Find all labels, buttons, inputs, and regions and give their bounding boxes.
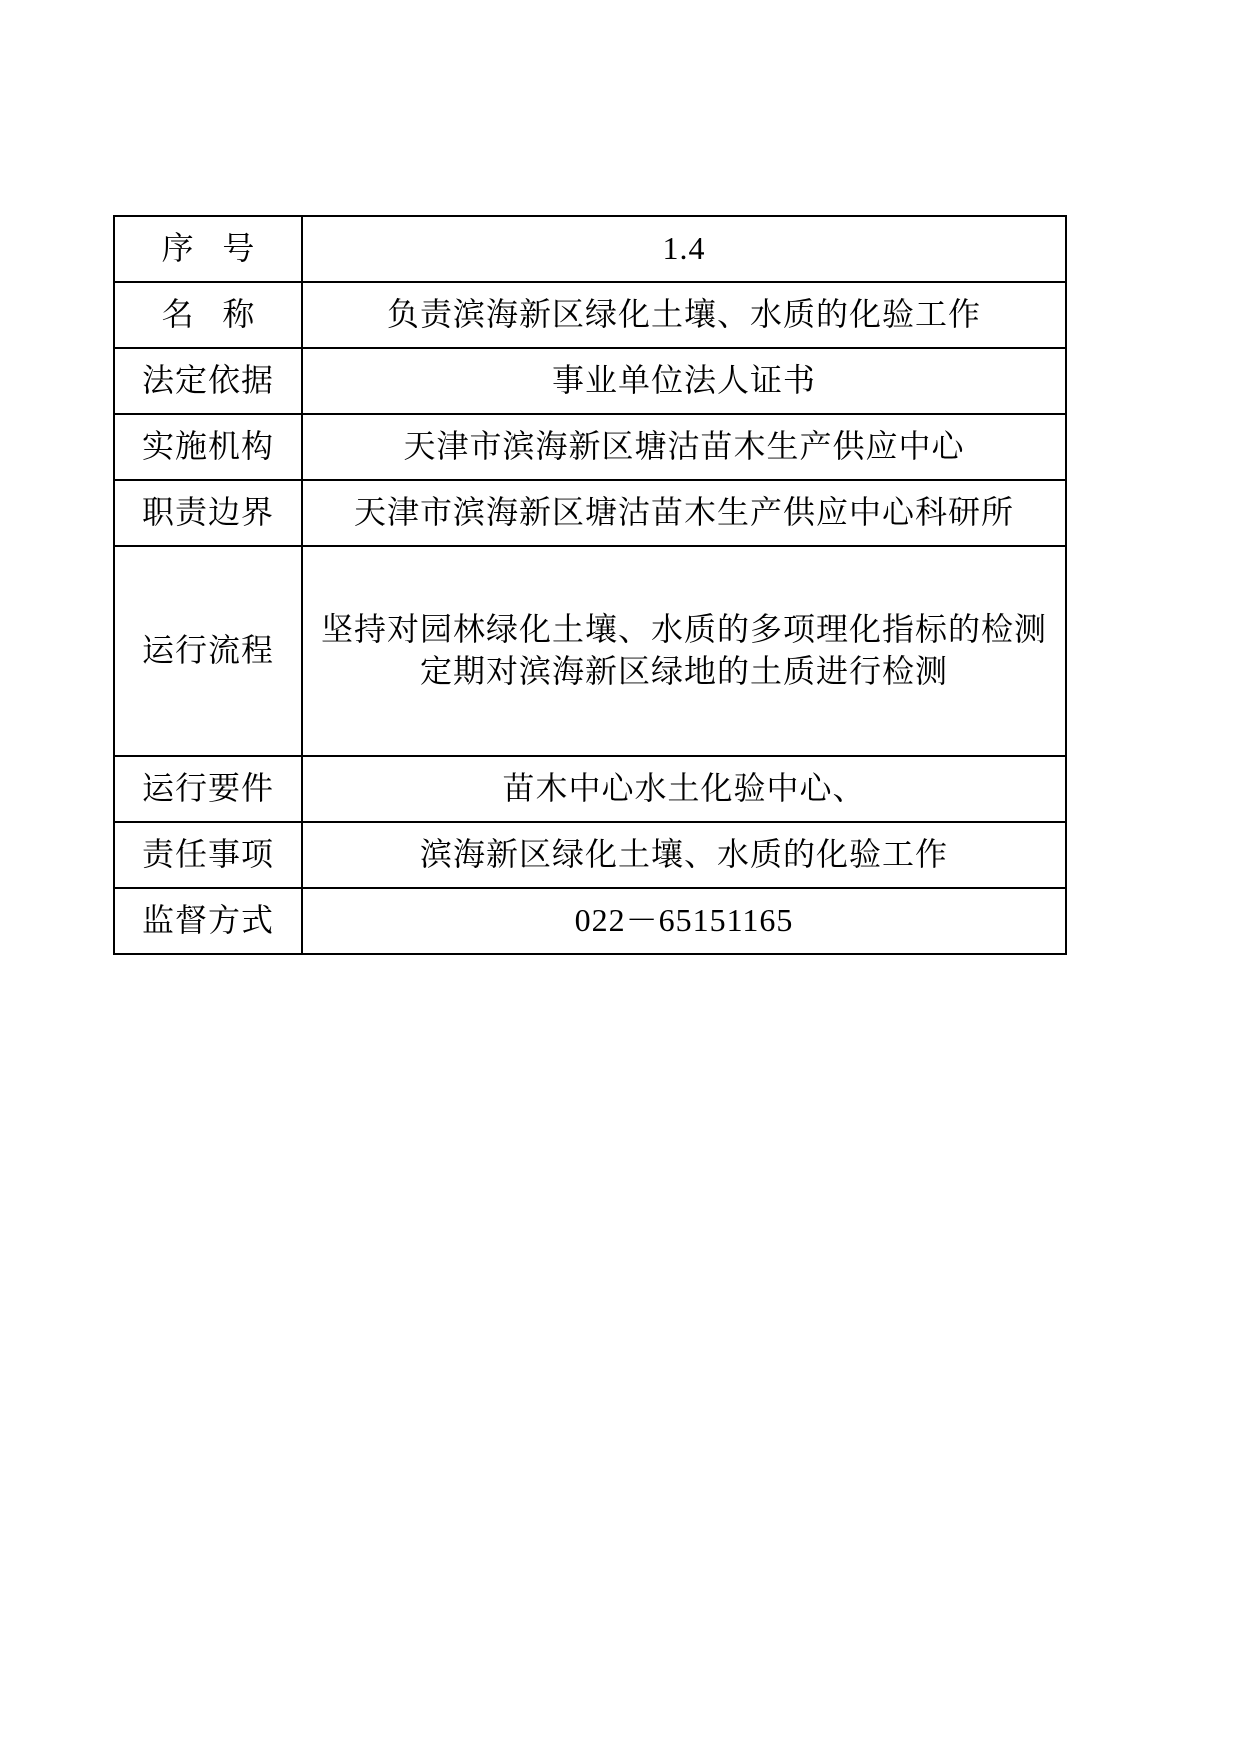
row-label: 名称 xyxy=(114,282,302,348)
row-value: 天津市滨海新区塘沽苗木生产供应中心 xyxy=(302,414,1066,480)
row-label: 实施机构 xyxy=(114,414,302,480)
row-label: 运行要件 xyxy=(114,756,302,822)
table-row: 监督方式 022－65151165 xyxy=(114,888,1066,954)
row-label-text: 序号 xyxy=(162,230,284,266)
row-value: 滨海新区绿化土壤、水质的化验工作 xyxy=(302,822,1066,888)
row-value: 1.4 xyxy=(302,216,1066,282)
row-value: 坚持对园林绿化土壤、水质的多项理化指标的检测定期对滨海新区绿地的土质进行检测 xyxy=(302,546,1066,756)
table-row: 实施机构 天津市滨海新区塘沽苗木生产供应中心 xyxy=(114,414,1066,480)
document-page: 序号 1.4 名称 负责滨海新区绿化土壤、水质的化验工作 法定依据 事业单位法人… xyxy=(0,0,1241,1754)
row-label: 监督方式 xyxy=(114,888,302,954)
table-row: 运行要件 苗木中心水土化验中心、 xyxy=(114,756,1066,822)
row-label: 序号 xyxy=(114,216,302,282)
row-value: 苗木中心水土化验中心、 xyxy=(302,756,1066,822)
row-value: 负责滨海新区绿化土壤、水质的化验工作 xyxy=(302,282,1066,348)
row-label-text: 名称 xyxy=(162,296,284,332)
row-label: 运行流程 xyxy=(114,546,302,756)
table-row: 责任事项 滨海新区绿化土壤、水质的化验工作 xyxy=(114,822,1066,888)
table-row: 名称 负责滨海新区绿化土壤、水质的化验工作 xyxy=(114,282,1066,348)
row-value: 022－65151165 xyxy=(302,888,1066,954)
info-table: 序号 1.4 名称 负责滨海新区绿化土壤、水质的化验工作 法定依据 事业单位法人… xyxy=(113,215,1067,955)
row-label: 职责边界 xyxy=(114,480,302,546)
table-row: 法定依据 事业单位法人证书 xyxy=(114,348,1066,414)
row-label: 责任事项 xyxy=(114,822,302,888)
row-label: 法定依据 xyxy=(114,348,302,414)
row-value: 天津市滨海新区塘沽苗木生产供应中心科研所 xyxy=(302,480,1066,546)
table-row: 运行流程 坚持对园林绿化土壤、水质的多项理化指标的检测定期对滨海新区绿地的土质进… xyxy=(114,546,1066,756)
table-row: 职责边界 天津市滨海新区塘沽苗木生产供应中心科研所 xyxy=(114,480,1066,546)
table-row: 序号 1.4 xyxy=(114,216,1066,282)
row-value: 事业单位法人证书 xyxy=(302,348,1066,414)
